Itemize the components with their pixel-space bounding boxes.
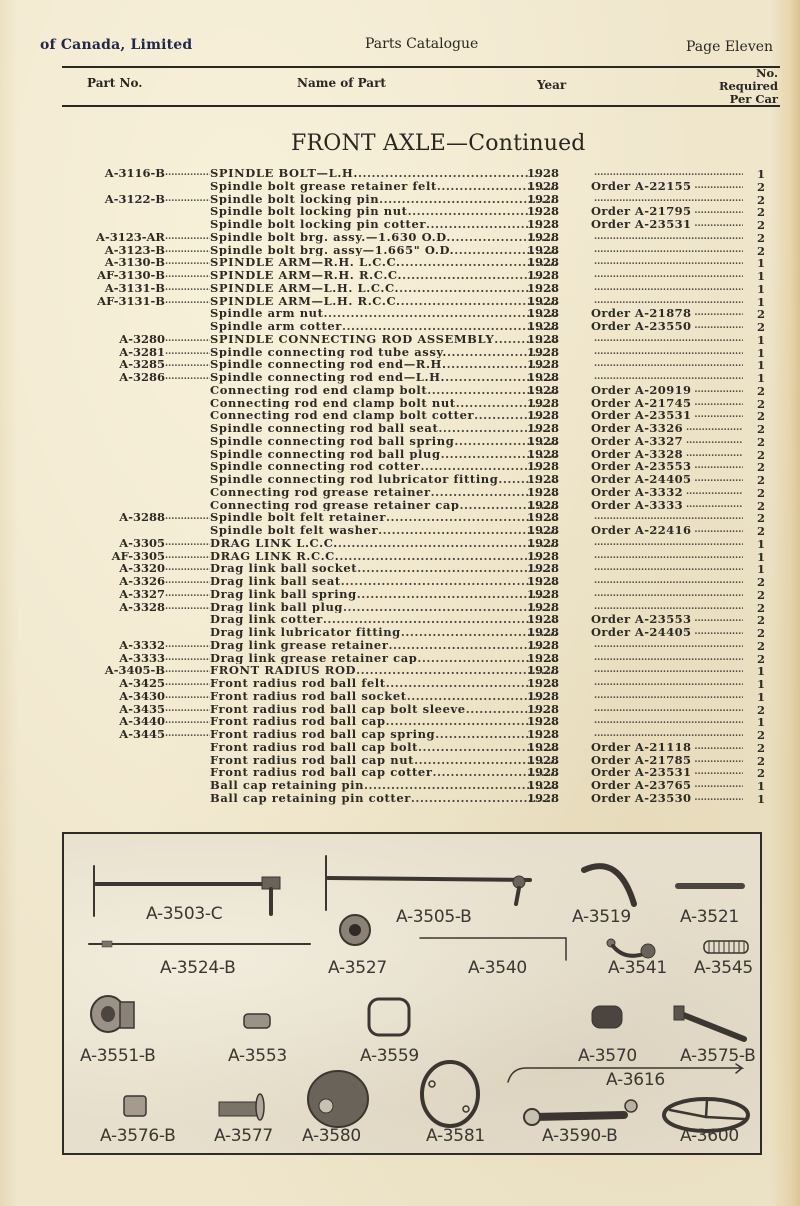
part-number: A-3425 (119, 677, 165, 690)
table-row: A-3288Spindle bolt felt retainer19282 (0, 511, 800, 524)
part-number-cell: A-3327 (119, 588, 210, 601)
leader-dots (165, 256, 210, 269)
table-row: A-3122-BSpindle bolt locking pin19282 (0, 193, 800, 206)
part-name-cell: Ball cap retaining pin cotter (210, 792, 557, 805)
part-name-cell: Spindle bolt locking pin cotter (210, 218, 557, 231)
part-name: Connecting rod end clamp bolt (210, 384, 427, 397)
part-name-cell: Spindle connecting rod cotter (210, 460, 557, 473)
leader-dots (691, 409, 743, 422)
leader-dots (165, 358, 210, 371)
leader-dots (591, 562, 743, 575)
leader-dots (691, 741, 743, 754)
table-row: Ball cap retaining pin1928Order A-237651 (0, 779, 800, 792)
part-label-a3505b: A-3505-B (396, 907, 471, 927)
part-name-cell: Spindle arm cotter (210, 320, 557, 333)
part-year: 1928 (527, 282, 559, 295)
leader-dots (591, 371, 743, 384)
table-row: Spindle connecting rod ball plug1928Orde… (0, 448, 800, 461)
part-name: Drag link ball plug (210, 601, 343, 614)
part-name: Spindle bolt brg. assy.—1.630 O.D. (210, 231, 451, 244)
part-name-cell: Spindle bolt locking pin (210, 193, 557, 206)
table-row: Front radius rod ball cap bolt1928Order … (0, 741, 800, 754)
part-label-a3590b: A-3590-B (542, 1126, 617, 1146)
table-row: A-3445Front radius rod ball cap spring19… (0, 728, 800, 741)
part-number: A-3122-B (105, 193, 165, 206)
leader-dots (165, 639, 210, 652)
order-reference: Order A-23553 (591, 460, 691, 473)
part-number-cell: A-3116-B (105, 167, 210, 180)
leader-dots (691, 307, 743, 320)
part-name-cell: FRONT RADIUS ROD (210, 664, 557, 677)
order-reference-cell (591, 728, 743, 741)
part-name: Spindle bolt brg. assy—1.665" O.D. (210, 244, 454, 257)
table-row: Spindle arm cotter1928Order A-235502 (0, 320, 800, 333)
part-year: 1928 (527, 779, 559, 792)
leader-dots (165, 550, 210, 563)
table-row: Spindle arm nut1928Order A-218782 (0, 307, 800, 320)
order-reference-cell: Order A-3333 (591, 499, 743, 512)
part-name-cell: SPINDLE ARM—L.H. R.C.C. (210, 295, 557, 308)
part-name: Drag link ball spring (210, 588, 357, 601)
part-year: 1928 (527, 741, 559, 754)
part-name: Ball cap retaining pin (210, 779, 364, 792)
page-number: Page Eleven (686, 39, 773, 55)
part-name-cell: Spindle connecting rod ball plug (210, 448, 557, 461)
leader-dots (591, 256, 743, 269)
part-name-cell: Front radius rod ball cap nut (210, 754, 557, 767)
leader-dots (165, 715, 210, 728)
leader-dots (691, 613, 743, 626)
leader-dots (591, 231, 743, 244)
order-reference-cell: Order A-3327 (591, 435, 743, 448)
leader-dots (591, 346, 743, 359)
part-name: Drag link ball socket (210, 562, 357, 575)
part-name: Drag link grease retainer (210, 639, 389, 652)
part-number-cell: A-3425 (119, 677, 210, 690)
order-reference-cell: Order A-24405 (591, 473, 743, 486)
part-name: Front radius rod ball cap bolt (210, 741, 418, 754)
order-reference: Order A-23531 (591, 766, 691, 779)
leader-dots (338, 537, 557, 550)
part-number: A-3332 (119, 639, 165, 652)
part-name-cell: SPINDLE ARM—R.H. L.C.C. (210, 256, 557, 269)
order-reference: Order A-3327 (591, 435, 683, 448)
order-reference-cell: Order A-22416 (591, 524, 743, 537)
part-name-cell: Spindle bolt brg. assy.—1.630 O.D. (210, 231, 557, 244)
part-number: A-3288 (119, 511, 165, 524)
leader-dots (165, 601, 210, 614)
leader-dots (691, 218, 743, 231)
leader-dots (691, 180, 743, 193)
table-row: A-3280SPINDLE CONNECTING ROD ASSEMBLY192… (0, 333, 800, 346)
leader-dots (591, 639, 743, 652)
order-reference: Order A-23553 (591, 613, 691, 626)
part-year: 1928 (527, 180, 559, 193)
part-name-cell: Drag link ball plug (210, 601, 557, 614)
order-reference-cell: Order A-3332 (591, 486, 743, 499)
order-reference-cell: Order A-23531 (591, 766, 743, 779)
part-number: A-3116-B (105, 167, 165, 180)
part-year: 1928 (527, 639, 559, 652)
leader-dots (691, 524, 743, 537)
part-year: 1928 (527, 218, 559, 231)
part-label-a3541: A-3541 (608, 958, 667, 978)
part-year: 1928 (527, 384, 559, 397)
part-year: 1928 (527, 435, 559, 448)
part-label-a3570: A-3570 (578, 1046, 637, 1066)
part-label-a3577: A-3577 (214, 1126, 273, 1146)
order-reference: Order A-3328 (591, 448, 683, 461)
part-year: 1928 (527, 320, 559, 333)
part-number-cell: A-3328 (119, 601, 210, 614)
part-number-cell: A-3445 (119, 728, 210, 741)
order-reference-cell (591, 511, 743, 524)
part-label-a3519: A-3519 (572, 907, 631, 927)
part-name-cell: DRAG LINK R.C.C. (210, 550, 557, 563)
leader-dots (591, 728, 743, 741)
order-reference-cell (591, 537, 743, 550)
order-reference: Order A-23531 (591, 409, 691, 422)
leader-dots (591, 715, 743, 728)
part-name-cell: Spindle arm nut (210, 307, 557, 320)
column-header-part-no: Part No. (87, 76, 142, 90)
table-row: Connecting rod end clamp bolt1928Order A… (0, 384, 800, 397)
part-number-cell: A-3288 (119, 511, 210, 524)
order-reference-cell (591, 358, 743, 371)
part-name: Spindle connecting rod ball spring (210, 435, 454, 448)
leader-dots (683, 448, 743, 461)
part-name-cell: Spindle bolt locking pin nut (210, 205, 557, 218)
leader-dots (165, 231, 210, 244)
order-reference-cell (591, 639, 743, 652)
part-year: 1928 (527, 792, 559, 805)
part-number: A-3280 (119, 333, 165, 346)
order-reference-cell (591, 703, 743, 716)
leader-dots (591, 244, 743, 257)
order-reference: Order A-22155 (591, 180, 691, 193)
leader-dots (683, 499, 743, 512)
table-row: AF-3130-BSPINDLE ARM—R.H. R.C.C.19281 (0, 269, 800, 282)
catalogue-page: of Canada, Limited Parts Catalogue Page … (0, 0, 800, 1206)
section-title-main: FRONT AXLE (291, 131, 446, 156)
order-reference-cell: Order A-23550 (591, 320, 743, 333)
table-row: A-3332Drag link grease retainer19282 (0, 639, 800, 652)
order-reference-cell (591, 167, 743, 180)
part-name: DRAG LINK L.C.C. (210, 537, 338, 550)
parts-illustration-panel: A-3503-C A-3505-B A-3519 A-3521 A-3524-B… (62, 832, 762, 1155)
part-name-cell: Connecting rod grease retainer cap (210, 499, 557, 512)
order-reference-cell (591, 562, 743, 575)
part-name: Connecting rod grease retainer (210, 486, 431, 499)
leader-dots (591, 537, 743, 550)
table-row: A-3326Drag link ball seat19282 (0, 575, 800, 588)
part-name: Connecting rod grease retainer cap (210, 499, 460, 512)
part-number: A-3326 (119, 575, 165, 588)
leader-dots (591, 703, 743, 716)
leader-dots (591, 690, 743, 703)
leader-dots (591, 550, 743, 563)
part-label-a3580: A-3580 (302, 1126, 361, 1146)
order-reference: Order A-22416 (591, 524, 691, 537)
table-row: Spindle bolt locking pin cotter1928Order… (0, 218, 800, 231)
part-number-cell: A-3326 (119, 575, 210, 588)
part-name-cell: Drag link grease retainer (210, 639, 557, 652)
leader-dots (591, 601, 743, 614)
part-label-a3521: A-3521 (680, 907, 739, 927)
part-name: SPINDLE ARM—L.H. R.C.C. (210, 295, 401, 308)
part-label-a3524b: A-3524-B (160, 958, 235, 978)
part-name-cell: Drag link grease retainer cap (210, 652, 557, 665)
part-number-cell: A-3305 (119, 537, 210, 550)
part-name: SPINDLE ARM—R.H. L.C.C. (210, 256, 401, 269)
table-row: Drag link cotter1928Order A-235532 (0, 613, 800, 626)
table-row: Front radius rod ball cap nut1928Order A… (0, 754, 800, 767)
part-year: 1928 (527, 371, 559, 384)
order-reference-cell (591, 690, 743, 703)
order-reference-cell: Order A-23531 (591, 409, 743, 422)
part-label-a3581: A-3581 (426, 1126, 485, 1146)
part-name: SPINDLE BOLT—L.H. (210, 167, 358, 180)
order-reference: Order A-23530 (591, 792, 691, 805)
section-title-suffix: —Continued (446, 131, 586, 156)
table-row: A-3116-BSPINDLE BOLT—L.H.19281 (0, 167, 800, 180)
part-name-cell: Spindle bolt grease retainer felt (210, 180, 557, 193)
leader-dots (591, 358, 743, 371)
order-reference-cell (591, 601, 743, 614)
order-reference: Order A-21795 (591, 205, 691, 218)
order-reference-cell: Order A-3326 (591, 422, 743, 435)
part-name-cell: Front radius rod ball cap (210, 715, 557, 728)
table-row: A-3286Spindle connecting rod end—L.H.192… (0, 371, 800, 384)
table-row: Connecting rod end clamp bolt nut1928Ord… (0, 397, 800, 410)
part-year: 1928 (527, 728, 559, 741)
order-reference-cell (591, 282, 743, 295)
table-row: A-3327Drag link ball spring19282 (0, 588, 800, 601)
part-name: Front radius rod ball cap nut (210, 754, 414, 767)
leader-dots (165, 244, 210, 257)
order-reference-cell: Order A-23765 (591, 779, 743, 792)
order-reference-cell: Order A-20919 (591, 384, 743, 397)
part-name-cell: Spindle connecting rod ball seat (210, 422, 557, 435)
table-row: A-3131-BSPINDLE ARM—L.H. L.C.C.19281 (0, 282, 800, 295)
part-label-a3576b: A-3576-B (100, 1126, 175, 1146)
table-row: A-3305DRAG LINK L.C.C.19281 (0, 537, 800, 550)
order-reference: Order A-3333 (591, 499, 683, 512)
order-reference-cell (591, 231, 743, 244)
parts-drawings (64, 834, 760, 1153)
order-reference-cell (591, 677, 743, 690)
leader-dots (165, 664, 210, 677)
part-name-cell: Spindle connecting rod end—R.H. (210, 358, 557, 371)
leader-dots (339, 550, 557, 563)
leader-dots (165, 269, 210, 282)
part-name: Front radius rod ball cap cotter (210, 766, 433, 779)
order-reference: Order A-23550 (591, 320, 691, 333)
part-number-cell: A-3122-B (105, 193, 210, 206)
part-name-cell: Drag link lubricator fitting (210, 626, 557, 639)
leader-dots (165, 575, 210, 588)
part-year: 1928 (527, 333, 559, 346)
part-name: FRONT RADIUS ROD (210, 664, 356, 677)
order-reference-cell: Order A-21118 (591, 741, 743, 754)
leader-dots (691, 626, 743, 639)
order-reference: Order A-23765 (591, 779, 691, 792)
part-name-cell: Front radius rod ball cap bolt (210, 741, 557, 754)
order-reference-cell (591, 371, 743, 384)
column-header-year: Year (537, 78, 566, 92)
order-reference-cell (591, 346, 743, 359)
table-row: Spindle connecting rod lubricator fittin… (0, 473, 800, 486)
part-number-cell: AF-3130-B (97, 269, 210, 282)
order-reference-cell: Order A-3328 (591, 448, 743, 461)
part-name: Spindle connecting rod tube assy. (210, 346, 447, 359)
header-rule-bottom (62, 105, 780, 107)
column-header-qty: No. Required Per Car (712, 67, 778, 106)
part-name-cell: Spindle connecting rod tube assy. (210, 346, 557, 359)
leader-dots (591, 295, 743, 308)
leader-dots (591, 652, 743, 665)
part-name-cell: Connecting rod grease retainer (210, 486, 557, 499)
part-year: 1928 (527, 422, 559, 435)
part-name: Spindle connecting rod ball plug (210, 448, 441, 461)
order-reference: Order A-23531 (591, 218, 691, 231)
leader-dots (165, 282, 210, 295)
leader-dots (683, 435, 743, 448)
part-name-cell: Spindle connecting rod lubricator fittin… (210, 473, 557, 486)
part-name: Connecting rod end clamp bolt nut (210, 397, 456, 410)
part-year: 1928 (527, 626, 559, 639)
order-reference-cell (591, 193, 743, 206)
part-name: Front radius rod ball cap (210, 715, 386, 728)
part-number: A-3286 (119, 371, 165, 384)
part-name-cell: Spindle bolt brg. assy—1.665" O.D. (210, 244, 557, 257)
part-name: Front radius rod ball cap bolt sleeve (210, 703, 466, 716)
table-row: Spindle connecting rod cotter1928Order A… (0, 460, 800, 473)
part-name: Connecting rod end clamp bolt cotter (210, 409, 474, 422)
part-name-cell: Connecting rod end clamp bolt (210, 384, 557, 397)
part-name: SPINDLE ARM—R.H. R.C.C. (210, 269, 402, 282)
order-reference-cell (591, 550, 743, 563)
order-reference-cell: Order A-24405 (591, 626, 743, 639)
part-year: 1928 (527, 588, 559, 601)
table-row: Spindle bolt locking pin nut1928Order A-… (0, 205, 800, 218)
part-name: Spindle bolt grease retainer felt (210, 180, 437, 193)
leader-dots (591, 664, 743, 677)
part-name: Spindle arm cotter (210, 320, 342, 333)
order-reference-cell (591, 652, 743, 665)
order-reference-cell (591, 256, 743, 269)
leader-dots (165, 562, 210, 575)
table-row: Connecting rod end clamp bolt cotter1928… (0, 409, 800, 422)
leader-dots (165, 652, 210, 665)
leader-dots (591, 588, 743, 601)
table-row: Spindle bolt felt washer1928Order A-2241… (0, 524, 800, 537)
order-reference-cell (591, 244, 743, 257)
part-label-a3503c: A-3503-C (146, 904, 222, 924)
part-name: Spindle connecting rod ball seat (210, 422, 438, 435)
leader-dots (591, 333, 743, 346)
leader-dots (165, 511, 210, 524)
part-number: AF-3131-B (97, 295, 165, 308)
part-label-a3551b: A-3551-B (80, 1046, 155, 1066)
part-name-cell: Spindle connecting rod ball spring (210, 435, 557, 448)
part-name: Front radius rod ball felt (210, 677, 386, 690)
part-number: A-3430 (119, 690, 165, 703)
part-label-a3545: A-3545 (694, 958, 753, 978)
table-row: Front radius rod ball cap cotter1928Orde… (0, 766, 800, 779)
table-row: A-3328Drag link ball plug19282 (0, 601, 800, 614)
leader-dots (165, 333, 210, 346)
order-reference-cell: Order A-23553 (591, 460, 743, 473)
table-row: Ball cap retaining pin cotter1928Order A… (0, 792, 800, 805)
part-name-cell: Ball cap retaining pin (210, 779, 557, 792)
part-number-cell: AF-3131-B (97, 295, 210, 308)
table-row: Drag link lubricator fitting1928Order A-… (0, 626, 800, 639)
leader-dots (691, 397, 743, 410)
part-name: Spindle bolt felt washer (210, 524, 378, 537)
leader-dots (591, 282, 743, 295)
leader-dots (591, 269, 743, 282)
table-row: Spindle connecting rod ball spring1928Or… (0, 435, 800, 448)
part-number-cell: A-3131-B (105, 282, 210, 295)
leader-dots (691, 384, 743, 397)
leader-dots (683, 422, 743, 435)
leader-dots (691, 792, 743, 805)
part-year: 1928 (527, 167, 559, 180)
part-label-a3616: A-3616 (606, 1070, 665, 1090)
table-row: Connecting rod grease retainer1928Order … (0, 486, 800, 499)
part-label-a3527: A-3527 (328, 958, 387, 978)
order-reference-cell (591, 333, 743, 346)
part-year: 1928 (527, 486, 559, 499)
part-name-cell: SPINDLE BOLT—L.H. (210, 167, 557, 180)
part-year: 1928 (527, 473, 559, 486)
part-year: 1928 (527, 537, 559, 550)
leader-dots (691, 766, 743, 779)
part-number-cell: A-3123-AR (96, 231, 210, 244)
order-reference-cell: Order A-21795 (591, 205, 743, 218)
part-label-a3559: A-3559 (360, 1046, 419, 1066)
part-name: Spindle bolt felt retainer (210, 511, 386, 524)
order-reference: Order A-21878 (591, 307, 691, 320)
part-year: 1928 (527, 677, 559, 690)
order-reference-cell (591, 664, 743, 677)
leader-dots (591, 677, 743, 690)
leader-dots (691, 320, 743, 333)
part-name-cell: DRAG LINK L.C.C. (210, 537, 557, 550)
part-name: Spindle bolt locking pin cotter (210, 218, 426, 231)
part-name-cell: Spindle bolt felt retainer (210, 511, 557, 524)
part-number: A-3123-AR (96, 231, 165, 244)
order-reference-cell: Order A-23531 (591, 218, 743, 231)
part-number: A-3445 (119, 728, 165, 741)
order-reference: Order A-21785 (591, 754, 691, 767)
part-name-cell: Front radius rod ball felt (210, 677, 557, 690)
leader-dots (323, 613, 557, 626)
table-row: AF-3131-BSPINDLE ARM—L.H. R.C.C.19281 (0, 295, 800, 308)
leader-dots (324, 307, 557, 320)
leader-dots (165, 690, 210, 703)
order-reference-cell: Order A-22155 (591, 180, 743, 193)
part-label-a3575b: A-3575-B (680, 1046, 755, 1066)
leader-dots (165, 371, 210, 384)
part-name: SPINDLE ARM—L.H. L.C.C. (210, 282, 399, 295)
part-number: A-3327 (119, 588, 165, 601)
order-reference-cell (591, 588, 743, 601)
part-number: A-3131-B (105, 282, 165, 295)
leader-dots (343, 601, 557, 614)
part-name: Spindle bolt locking pin nut (210, 205, 408, 218)
